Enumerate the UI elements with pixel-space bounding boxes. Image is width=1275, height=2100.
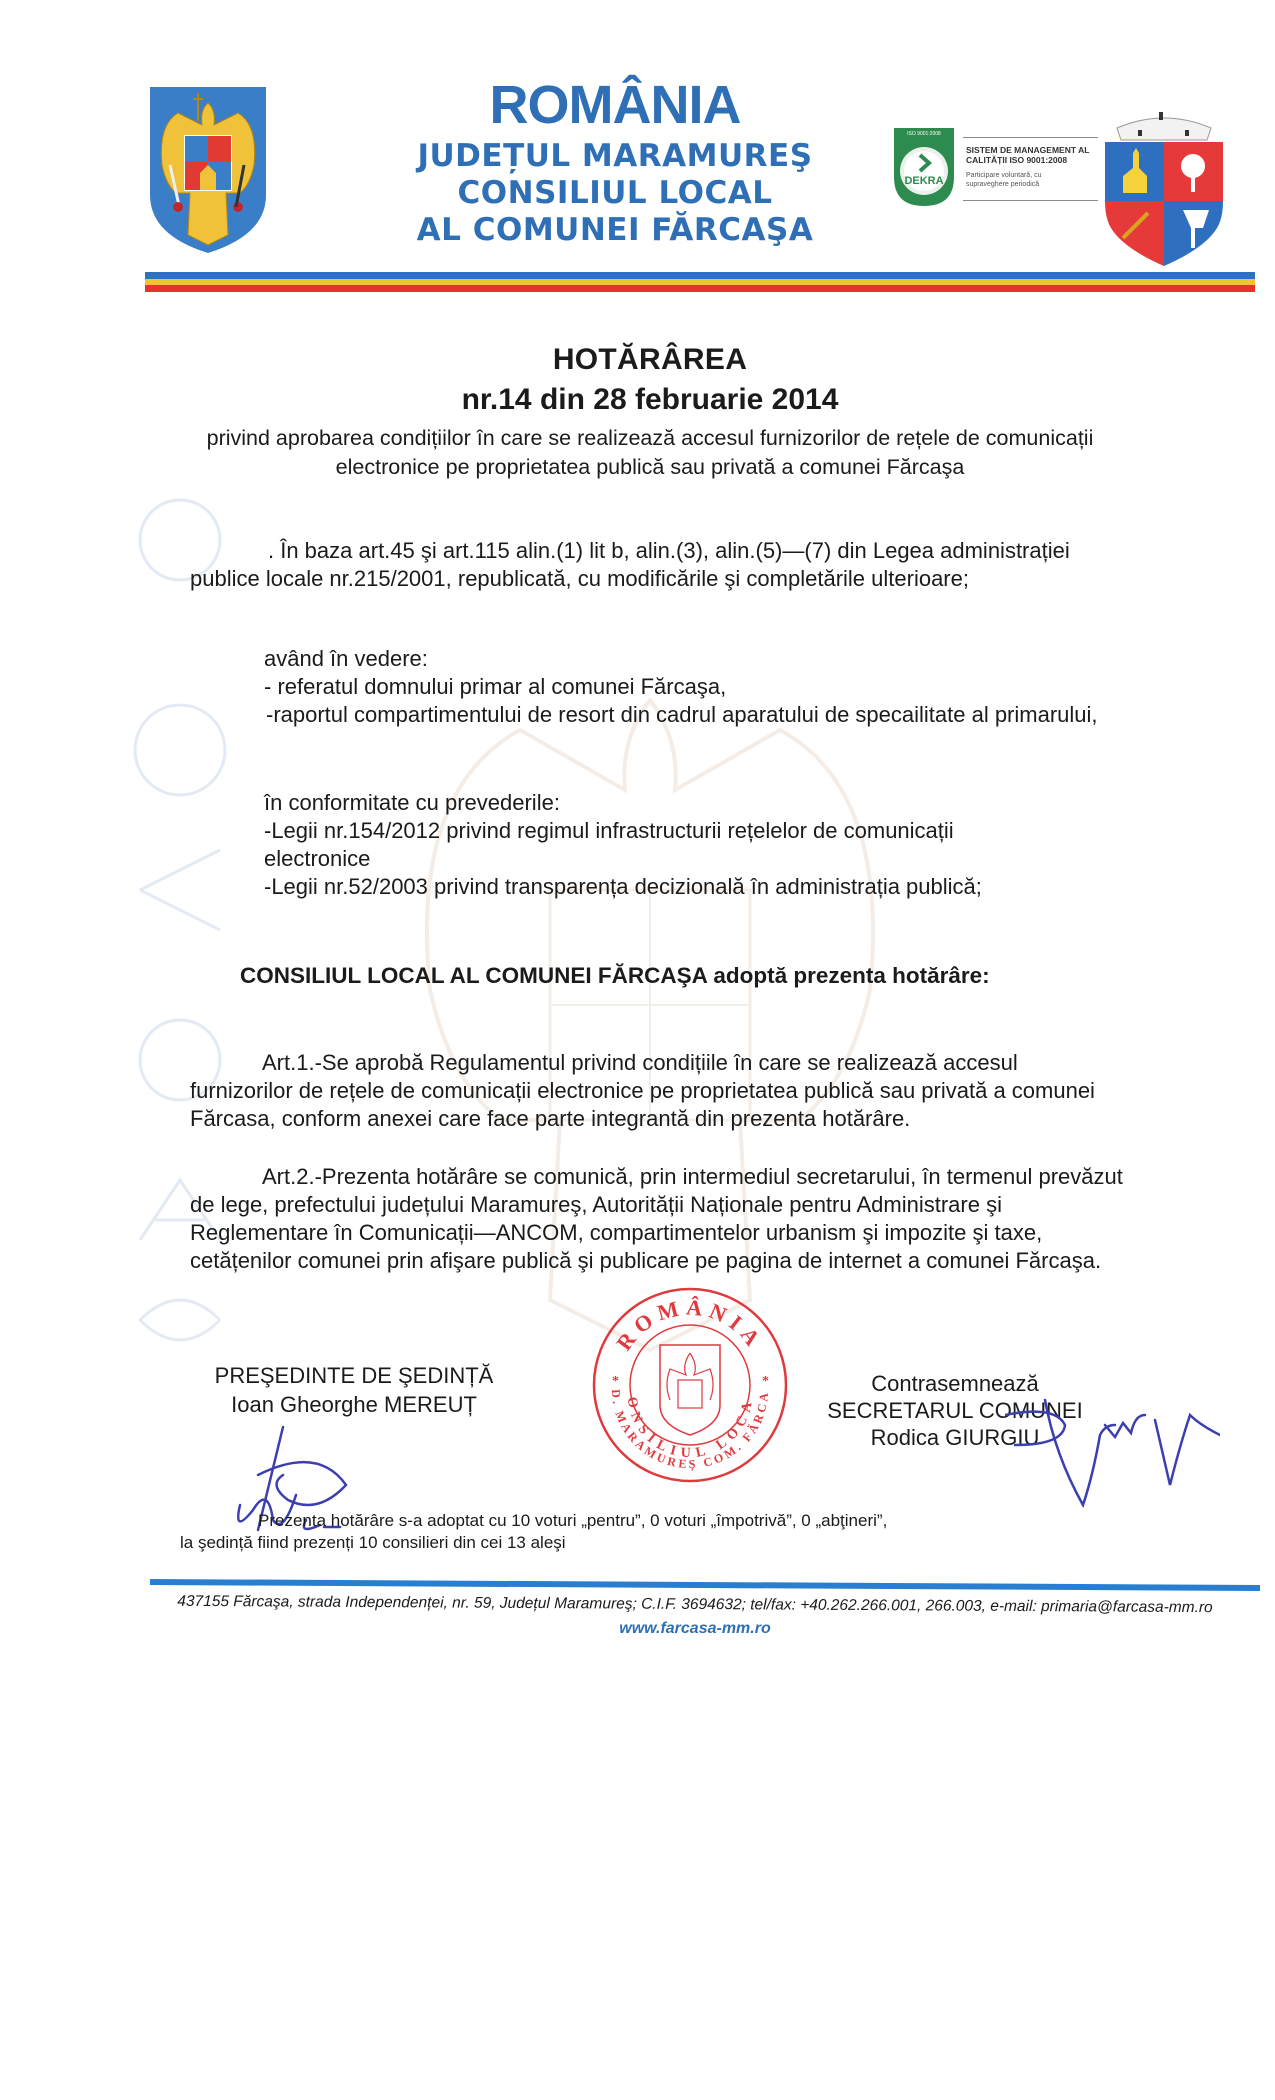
stamp-icon: ROMÂNIA JUD. MARAMUREŞ COM. FĂRCAŞA CONS… (590, 1285, 790, 1485)
secretary-signature (1005, 1385, 1220, 1515)
footer-address: 437155 Fărcaşa, strada Independenței, nr… (135, 1593, 1255, 1618)
decision-number-date: nr.14 din 28 februarie 2014 (150, 383, 1150, 417)
footer-rule-icon (150, 1579, 1260, 1591)
svg-text:DEKRA: DEKRA (904, 175, 943, 187)
president-name: Ioan Gheorghe MEREUȚ (184, 1390, 524, 1419)
header-commune: AL COMUNEI FĂRCAŞA (360, 212, 870, 248)
vote-summary: Prezenta hotărâre s-a adoptat cu 10 votu… (180, 1510, 1080, 1554)
header-county: JUDEȚUL MARAMUREŞ (360, 138, 870, 174)
footer-website-link[interactable]: www.farcasa-mm.ro (135, 1620, 1255, 1638)
romania-coat-of-arms (148, 85, 268, 255)
footer-rule (150, 1578, 1260, 1590)
adoption-statement: CONSILIUL LOCAL AL COMUNEI FĂRCAŞA adopt… (240, 962, 1140, 990)
dekra-badge-icon: DEKRA ISO 9001:2008 (893, 127, 955, 207)
considering-label: având în vedere: (264, 645, 1204, 673)
council-name: CONSILIUL LOCAL AL COMUNEI FĂRCAŞA (240, 963, 707, 988)
considering-item: - referatul domnului primar al comunei F… (264, 673, 1204, 701)
certification-note: Participare voluntară, cu supraveghere p… (966, 171, 1086, 189)
conformity-item: -Legii nr.154/2012 privind regimul infra… (264, 817, 1064, 873)
conformity-item: -Legii nr.52/2003 privind transparența d… (264, 873, 1124, 901)
conformity-label: în conformitate cu prevederile: (264, 789, 1204, 817)
official-stamp: ROMÂNIA JUD. MARAMUREŞ COM. FĂRCAŞA CONS… (590, 1285, 790, 1485)
considering-item: -raportul compartimentului de resort din… (190, 701, 1105, 729)
president-title: PREŞEDINTE DE ŞEDINȚĂ (184, 1361, 524, 1390)
adoption-verb: adoptă prezenta hotărâre: (707, 963, 990, 988)
tricolor-rule (145, 272, 1255, 292)
article-1: Art.1.-Se aprobă Regulamentul privind co… (190, 1049, 1125, 1133)
iso-certification: DEKRA ISO 9001:2008 SISTEM DE MANAGEMENT… (893, 127, 1093, 217)
coat-of-arms-icon (148, 85, 268, 255)
president-block: PREŞEDINTE DE ŞEDINȚĂ Ioan Gheorghe MERE… (184, 1361, 524, 1419)
article-2: Art.2.-Prezenta hotărâre se comunică, pr… (190, 1163, 1125, 1275)
commune-crest-icon (1103, 98, 1225, 268)
svg-text:*: * (762, 1374, 769, 1389)
certification-title: SISTEM DE MANAGEMENT AL CALITĂȚII ISO 90… (966, 145, 1106, 165)
vote-line-1: Prezenta hotărâre s-a adoptat cu 10 votu… (180, 1510, 1080, 1532)
svg-text:*: * (612, 1374, 619, 1389)
farcasa-coat-of-arms (1103, 98, 1225, 268)
signature-icon (1005, 1385, 1220, 1515)
decision-subject: privind aprobarea condițiilor în care se… (205, 424, 1095, 482)
svg-text:ISO 9001:2008: ISO 9001:2008 (907, 131, 941, 137)
header-country: ROMÂNIA (360, 74, 870, 136)
legal-basis: . În baza art.45 şi art.115 alin.(1) lit… (190, 537, 1120, 593)
decision-heading: HOTĂRÂREA (150, 343, 1150, 377)
header-council: CONSILIUL LOCAL (360, 175, 870, 211)
vote-line-2: la şedință fiind prezenți 10 consilieri … (180, 1532, 1080, 1554)
